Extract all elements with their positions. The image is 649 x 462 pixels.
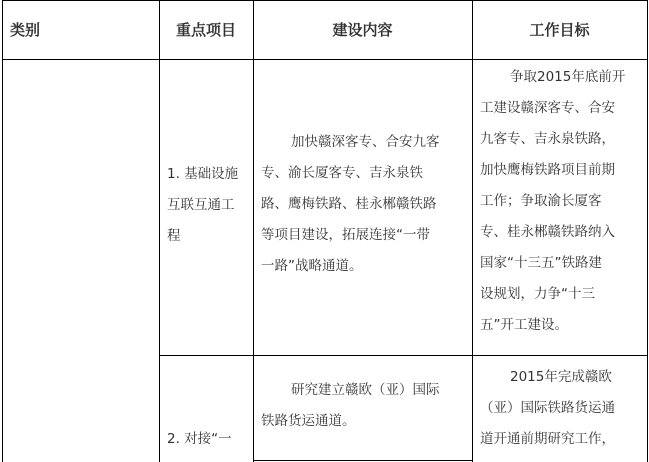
header-goal: 工作目标 bbox=[472, 0, 647, 59]
row2-content: 研究建立赣欧（亚）国际 铁路货运通道。 bbox=[261, 375, 469, 437]
goal-line: （亚）国际铁路货运通 bbox=[480, 393, 646, 424]
header-bottom-border bbox=[2, 59, 648, 60]
goal-line: 2015年完成赣欧 bbox=[480, 362, 646, 393]
row1-goal: 争取2015年底前开 工建设赣深客专、合安 九客专、吉永泉铁路， 加快鹰梅铁路项… bbox=[480, 62, 646, 341]
header-category: 类别 bbox=[10, 0, 40, 59]
row1-project: 1. 基础设施 互联互通工 程 bbox=[167, 159, 257, 252]
content-line: 路、鹰梅铁路、桂永郴赣铁路 bbox=[261, 189, 469, 220]
table-left-border bbox=[2, 0, 3, 462]
project-line: 2. 对接“一 bbox=[167, 424, 257, 455]
project-line: 1. 基础设施 bbox=[167, 159, 257, 190]
goal-line: 争取2015年底前开 bbox=[480, 62, 646, 93]
goal-line: 工作；争取渝长厦客 bbox=[480, 186, 646, 217]
col-divider-1 bbox=[159, 0, 160, 462]
row2-goal: 2015年完成赣欧 （亚）国际铁路货运通 道开通前期研究工作， bbox=[480, 362, 646, 455]
project-line: 程 bbox=[167, 221, 257, 252]
content-line: 一路”战略通道。 bbox=[261, 251, 469, 282]
header-content: 建设内容 bbox=[253, 0, 472, 59]
content-line: 等项目建设，拓展连接“一带 bbox=[261, 220, 469, 251]
goal-line: 九客专、吉永泉铁路， bbox=[480, 124, 646, 155]
content-line: 专、渝长厦客专、吉永泉铁 bbox=[261, 158, 469, 189]
goal-line: 国家“十三五”铁路建 bbox=[480, 248, 646, 279]
goal-line: 道开通前期研究工作， bbox=[480, 424, 646, 455]
content-line: 加快赣深客专、合安九客 bbox=[261, 127, 469, 158]
header-project: 重点项目 bbox=[159, 0, 253, 59]
content-line: 铁路货运通道。 bbox=[261, 406, 469, 437]
goal-line: 加快鹰梅铁路项目前期 bbox=[480, 155, 646, 186]
table-right-border bbox=[647, 0, 648, 462]
project-line: 互联互通工 bbox=[167, 190, 257, 221]
goal-line: 设规划，力争“十三 bbox=[480, 279, 646, 310]
goal-line: 专、桂永郴赣铁路纳入 bbox=[480, 217, 646, 248]
row1-content: 加快赣深客专、合安九客 专、渝长厦客专、吉永泉铁 路、鹰梅铁路、桂永郴赣铁路 等… bbox=[261, 127, 469, 282]
row2-project: 2. 对接“一 bbox=[167, 424, 257, 455]
content-line: 研究建立赣欧（亚）国际 bbox=[261, 375, 469, 406]
goal-line: 工建设赣深客专、合安 bbox=[480, 93, 646, 124]
goal-line: 五”开工建设。 bbox=[480, 310, 646, 341]
